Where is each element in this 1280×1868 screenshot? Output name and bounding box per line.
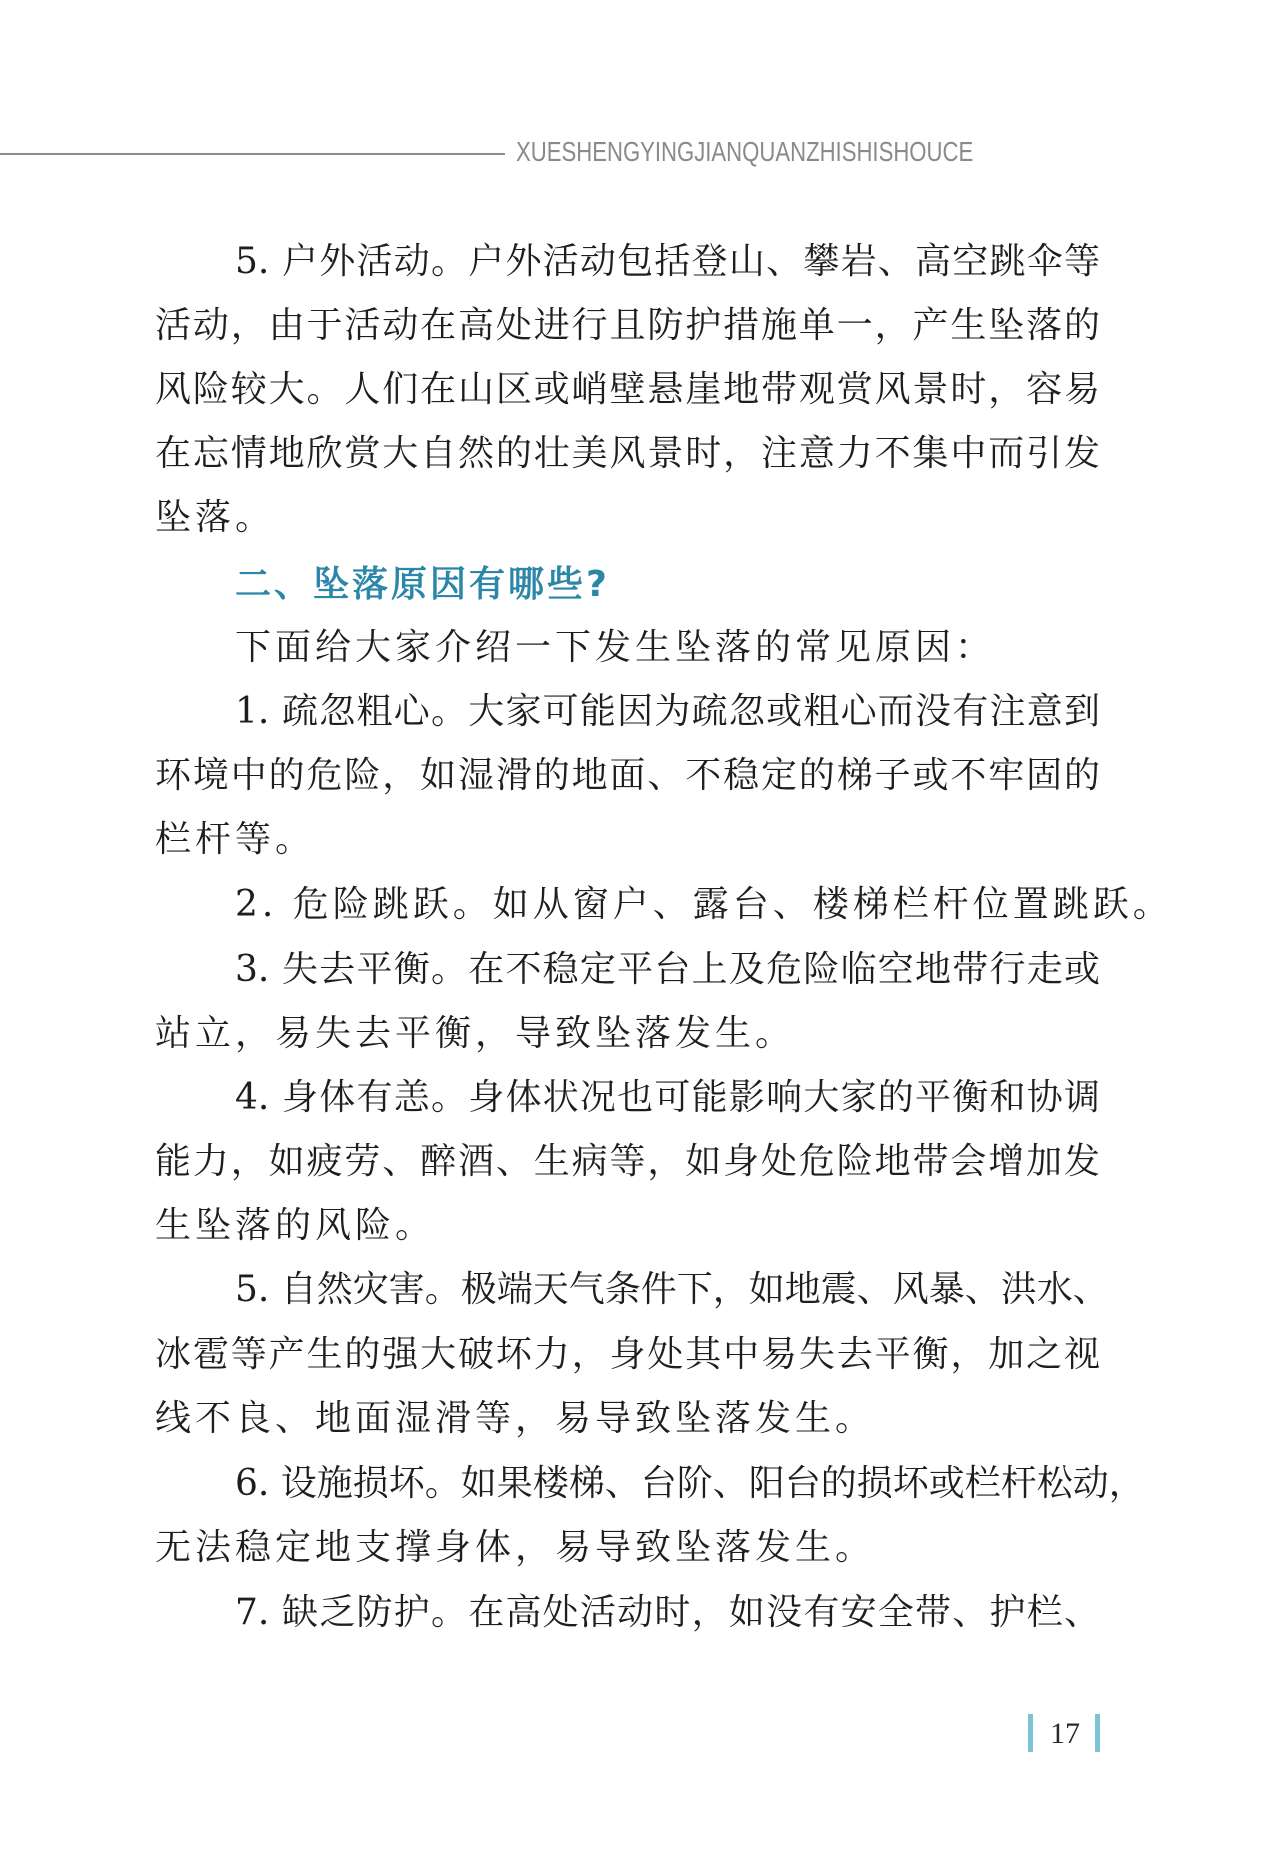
section-heading: 二、坠落原因有哪些?	[235, 553, 610, 617]
page-number: 17	[1042, 1712, 1088, 1756]
running-title-text: XUESHENGYINGJIANQUANZHISHISHOUCE	[516, 137, 973, 167]
cause-4-line: 生坠落的风险。	[155, 1194, 1100, 1258]
cause-3-line: 3. 失去平衡。在不稳定平台上及危险临空地带行走或	[235, 938, 1100, 1002]
running-title: XUESHENGYINGJIANQUANZHISHISHOUCE	[516, 137, 1096, 167]
cause-1-line: 1. 疏忽粗心。大家可能因为疏忽或粗心而没有注意到	[235, 680, 1100, 744]
text-line: 在忘情地欣赏大自然的壮美风景时，注意力不集中而引发	[155, 422, 1100, 486]
page-bar-left	[1028, 1714, 1033, 1752]
page-bar-right	[1095, 1714, 1100, 1752]
text-line: 风险较大。人们在山区或峭壁悬崖地带观赏风景时，容易	[155, 358, 1100, 422]
text-line: 坠落。	[155, 486, 1100, 550]
cause-4-line: 能力，如疲劳、醉酒、生病等，如身处危险地带会增加发	[155, 1130, 1100, 1194]
cause-5-line: 5. 自然灾害。极端天气条件下，如地震、风暴、洪水、	[235, 1258, 1100, 1322]
header-rule	[0, 153, 505, 155]
cause-6-line: 无法稳定地支撑身体，易导致坠落发生。	[155, 1516, 1100, 1580]
cause-5-line: 线不良、地面湿滑等，易导致坠落发生。	[155, 1387, 1100, 1451]
page-number-block: 17	[1028, 1712, 1100, 1756]
cause-3-line: 站立，易失去平衡，导致坠落发生。	[155, 1002, 1100, 1066]
cause-6-line: 6. 设施损坏。如果楼梯、台阶、阳台的损坏或栏杆松动，	[235, 1452, 1100, 1516]
cause-1-line: 栏杆等。	[155, 808, 1100, 872]
cause-2-line: 2. 危险跳跃。如从窗户、露台、楼梯栏杆位置跳跃。	[235, 873, 1100, 937]
cause-5-line: 冰雹等产生的强大破坏力，身处其中易失去平衡，加之视	[155, 1323, 1100, 1387]
text-line: 活动，由于活动在高处进行且防护措施单一，产生坠落的	[155, 294, 1100, 358]
cause-7-line: 7. 缺乏防护。在高处活动时，如没有安全带、护栏、	[235, 1581, 1100, 1645]
cause-4-line: 4. 身体有恙。身体状况也可能影响大家的平衡和协调	[235, 1066, 1100, 1130]
text-line: 5. 户外活动。户外活动包括登山、攀岩、高空跳伞等	[235, 230, 1100, 294]
intro-line: 下面给大家介绍一下发生坠落的常见原因：	[235, 616, 1100, 680]
cause-1-line: 环境中的危险，如湿滑的地面、不稳定的梯子或不牢固的	[155, 744, 1100, 808]
